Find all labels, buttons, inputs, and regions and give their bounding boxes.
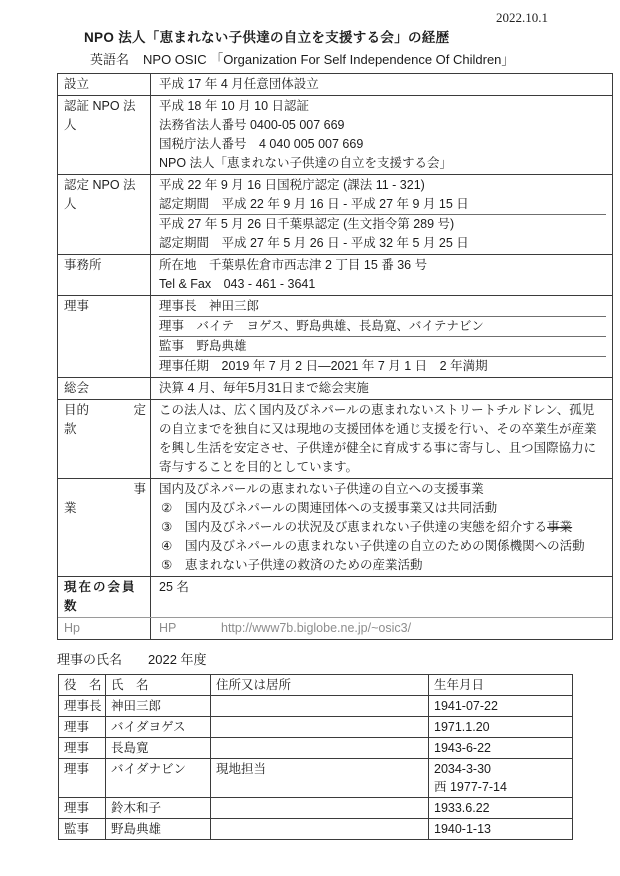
officer-name: 鈴木和子 (106, 798, 211, 818)
officer-name: バイダヨゲス (106, 717, 211, 737)
header-birth: 生年月日 (429, 675, 572, 695)
header-address: 住所又は居所 (211, 675, 429, 695)
business-item: ③国内及びネパールの状況及び恵まれない子供達の実態を紹介する事業 (159, 518, 606, 537)
officer-row: 理事 バイダヨゲス 1971.1.20 (59, 716, 572, 737)
officer-birth: 1933.6.22 (429, 798, 572, 818)
officer-address (211, 696, 429, 716)
approved-line: 平成 22 年 9 月 16 日国税庁認定 (課法 11 - 321) (159, 176, 606, 195)
history-table: 設立 平成 17 年 4 月任意団体設立 認証 NPO 法人 平成 18 年 1… (57, 73, 613, 640)
history-row-certified-npo: 認証 NPO 法人 平成 18 年 10 月 10 日認証 法務省法人番号 04… (58, 95, 612, 174)
business-item: ④国内及びネパールの恵まれない子供達の自立のための関係機関への活動 (159, 537, 606, 556)
history-row-homepage: Hp HPhttp://www7b.biglobe.ne.jp/~osic3/ (58, 617, 612, 639)
label-establishment: 設立 (58, 74, 151, 95)
item-number: ④ (161, 537, 185, 556)
officer-name: 神田三郎 (106, 696, 211, 716)
business-item: ②国内及びネパールの関連団体への支援事業又は共同活動 (159, 499, 606, 518)
certified-line: 法務省法人番号 0400-05 007 669 (159, 116, 606, 135)
directors-auditor: 監事 野島典雄 (159, 336, 606, 356)
certified-line: 国税庁法人番号 4 040 005 007 669 (159, 135, 606, 154)
officer-row: 理事 長島寛 1943-6-22 (59, 737, 572, 758)
approval-group-national: 平成 22 年 9 月 16 日国税庁認定 (課法 11 - 321) 認定期間… (159, 176, 606, 214)
officer-address (211, 738, 429, 758)
item-number: ⑤ (161, 556, 185, 575)
officer-role: 理事 (59, 717, 106, 737)
officers-table: 役 名 氏 名 住所又は居所 生年月日 理事長 神田三郎 1941-07-22 … (58, 674, 573, 840)
certified-line: 平成 18 年 10 月 10 日認証 (159, 97, 606, 116)
label-members-count: 現在の会員数 (58, 577, 151, 617)
history-row-establishment: 設立 平成 17 年 4 月任意団体設立 (58, 74, 612, 95)
establishment-text: 平成 17 年 4 月任意団体設立 (159, 75, 606, 94)
label-office: 事務所 (58, 255, 151, 295)
label-purpose: 目的 定 款 (58, 400, 151, 478)
officer-birth: 1940-1-13 (429, 819, 572, 839)
homepage-url: http://www7b.biglobe.ne.jp/~osic3/ (221, 621, 411, 635)
label-assembly: 総会 (58, 378, 151, 399)
label-business: 事 業 (58, 479, 151, 576)
officer-row: 監事 野島典雄 1940-1-13 (59, 818, 572, 839)
officer-role: 理事長 (59, 696, 106, 716)
label-approved-npo: 認定 NPO 法人 (58, 175, 151, 254)
item-number: ② (161, 499, 185, 518)
history-row-members: 現在の会員数 25 名 (58, 576, 612, 617)
certified-line: NPO 法人「恵まれない子供達の自立を支援する会」 (159, 154, 606, 173)
purpose-text: この法人は、広く国内及びネパールの恵まれないストリートチルドレン、孤児の自立まで… (159, 401, 606, 477)
assembly-text: 決算 4 月、毎年5月31日まで総会実施 (159, 379, 606, 398)
officer-birth: 1941-07-22 (429, 696, 572, 716)
officer-row: 理事長 神田三郎 1941-07-22 (59, 695, 572, 716)
officer-birth: 2034-3-30 (434, 760, 570, 778)
directors-chair: 理事長 神田三郎 (159, 297, 606, 316)
history-row-purpose: 目的 定 款 この法人は、広く国内及びネパールの恵まれないストリートチルドレン、… (58, 399, 612, 478)
purpose-label-part: 款 (64, 420, 146, 439)
officer-address: 現地担当 (211, 759, 429, 797)
history-row-assembly: 総会 決算 4 月、毎年5月31日まで総会実施 (58, 377, 612, 399)
officer-birth: 1943-6-22 (429, 738, 572, 758)
english-name-value: NPO OSIC 「Organization For Self Independ… (143, 52, 514, 67)
directors-term: 理事任期 2019 年 7 月 2 日―2021 年 7 月 1 日 2 年満期 (159, 356, 606, 376)
header-name: 氏 名 (106, 675, 211, 695)
document-date: 2022.10.1 (496, 10, 548, 26)
business-label-part: 業 (64, 499, 146, 518)
officers-caption: 理事の氏名2022 年度 (57, 649, 620, 668)
approval-group-chiba: 平成 27 年 5 月 26 日千葉県認定 (生文指令第 289 号) 認定期間… (159, 214, 606, 253)
label-homepage: Hp (58, 618, 151, 639)
item-number: ③ (161, 518, 185, 537)
directors-members: 理事 バイテ ヨゲス、野島典雄、長島寛、バイテナビン (159, 316, 606, 336)
purpose-label-part: 目的 (64, 401, 89, 420)
officer-name: バイダナビン (106, 759, 211, 797)
office-tel-fax: Tel & Fax 043 - 461 - 3641 (159, 275, 606, 294)
officers-header-row: 役 名 氏 名 住所又は居所 生年月日 (59, 675, 572, 695)
officer-row: 理事 鈴木和子 1933.6.22 (59, 797, 572, 818)
business-line: 国内及びネパールの恵まれない子供達の自立への支援事業 (159, 480, 606, 499)
label-certified-npo: 認証 NPO 法人 (58, 96, 151, 174)
members-count: 25 名 (159, 578, 606, 597)
officers-caption-year: 2022 年度 (148, 652, 207, 667)
document-page: 2022.10.1 NPO 法人「恵まれない子供達の自立を支援する会」の経歴 英… (0, 0, 620, 876)
business-label-part: 事 (133, 480, 146, 499)
label-directors: 理事 (58, 296, 151, 377)
struck-text: 事業 (547, 520, 572, 534)
officer-role: 理事 (59, 759, 106, 797)
officer-address (211, 819, 429, 839)
history-row-business: 事 業 国内及びネパールの恵まれない子供達の自立への支援事業 ②国内及びネパール… (58, 478, 612, 576)
header-role: 役 名 (59, 675, 106, 695)
english-name-line: 英語名NPO OSIC 「Organization For Self Indep… (90, 49, 620, 68)
approved-line: 認定期間 平成 27 年 5 月 26 日 - 平成 32 年 5 月 25 日 (159, 234, 606, 253)
officer-birth: 1971.1.20 (429, 717, 572, 737)
officer-address (211, 798, 429, 818)
document-title: NPO 法人「恵まれない子供達の自立を支援する会」の経歴 (84, 26, 620, 46)
office-address: 所在地 千葉県佐倉市西志津 2 丁目 15 番 36 号 (159, 256, 606, 275)
approved-line: 認定期間 平成 22 年 9 月 16 日 - 平成 27 年 9 月 15 日 (159, 195, 606, 214)
officer-address (211, 717, 429, 737)
officer-role: 理事 (59, 798, 106, 818)
homepage-prefix: HP (159, 619, 221, 638)
officer-row: 理事 バイダナビン 現地担当 2034-3-30 西 1977-7-14 (59, 758, 572, 797)
officer-role: 監事 (59, 819, 106, 839)
history-row-directors: 理事 理事長 神田三郎 理事 バイテ ヨゲス、野島典雄、長島寛、バイテナビン 監… (58, 295, 612, 377)
purpose-label-part: 定 (133, 401, 146, 420)
officer-name: 長島寛 (106, 738, 211, 758)
officer-birth-western: 西 1977-7-14 (434, 778, 570, 796)
business-item: ⑤恵まれない子供達の救済のための産業活動 (159, 556, 606, 575)
officers-caption-label: 理事の氏名 (57, 652, 122, 667)
officer-name: 野島典雄 (106, 819, 211, 839)
officer-role: 理事 (59, 738, 106, 758)
history-row-approved-npo: 認定 NPO 法人 平成 22 年 9 月 16 日国税庁認定 (課法 11 -… (58, 174, 612, 254)
approved-line: 平成 27 年 5 月 26 日千葉県認定 (生文指令第 289 号) (159, 215, 606, 234)
english-name-label: 英語名 (90, 52, 129, 67)
history-row-office: 事務所 所在地 千葉県佐倉市西志津 2 丁目 15 番 36 号 Tel & F… (58, 254, 612, 295)
